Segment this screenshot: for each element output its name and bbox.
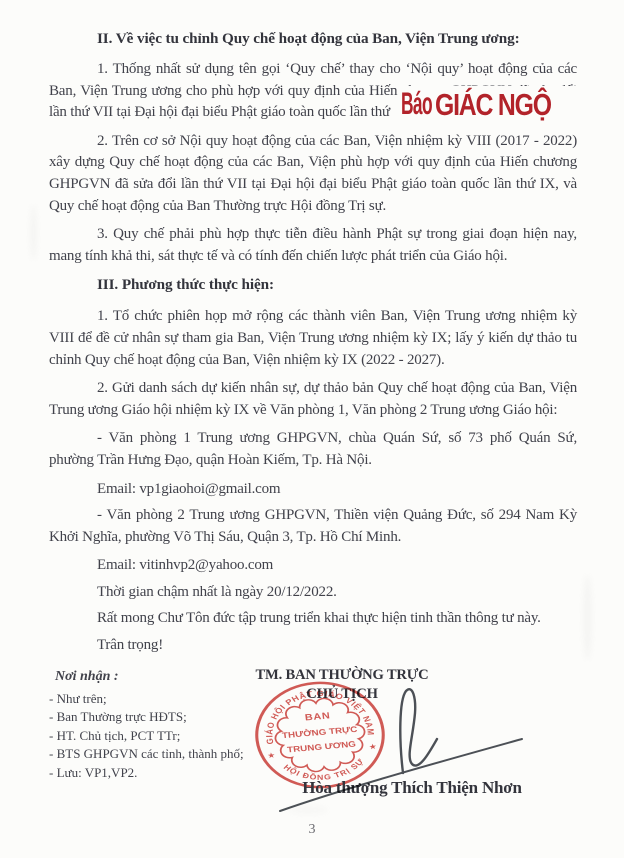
stamp-inner-line-3: TRUNG ƯƠNG [287, 739, 357, 754]
stamp-star-left: ★ [267, 751, 276, 760]
stamp-inner-line-2: THƯỜNG TRỰC [281, 724, 358, 740]
office-1-email: Email: vp1giaohoi@gmail.com [49, 479, 577, 501]
section-ii-paragraph-3: 3. Quy chế phải phù hợp thực tiễn điều h… [49, 224, 577, 267]
giac-ngo-newspaper-logo: Báo GIÁC NGỘ [401, 86, 617, 126]
official-red-stamp: GIÁO HỘI PHẬT GIÁO VIỆT NAM HỘI ĐỒNG TRỊ… [252, 679, 388, 791]
closing-line: Rất mong Chư Tôn đức tập trung triển kha… [49, 608, 577, 630]
page-number: 3 [0, 822, 624, 838]
scanned-document-page: II. Về việc tu chỉnh Quy chế hoạt động c… [0, 0, 624, 858]
section-ii-heading: II. Về việc tu chỉnh Quy chế hoạt động c… [49, 28, 577, 50]
section-iii-paragraph-1: 1. Tổ chức phiên họp mở rộng các thành v… [49, 306, 577, 371]
section-ii-paragraph-2: 2. Trên cơ sở Nội quy hoạt động của các … [49, 131, 577, 217]
section-iii-paragraph-2: 2. Gửi danh sách dự kiến nhân sự, dự thả… [49, 378, 577, 421]
office-1-address: - Văn phòng 1 Trung ương GHPGVN, chùa Qu… [49, 428, 577, 471]
signer-name: Hòa thượng Thích Thiện Nhơn [288, 778, 536, 798]
scan-smudge [583, 575, 592, 660]
section-iii-heading: III. Phương thức thực hiện: [49, 274, 577, 296]
scan-smudge [288, 805, 328, 815]
office-2-email: Email: vitinhvp2@yahoo.com [49, 555, 577, 577]
stamp-inner-line-1: BAN [304, 711, 331, 723]
scan-smudge [30, 205, 37, 260]
office-2-address: - Văn phòng 2 Trung ương GHPGVN, Thiền v… [49, 505, 577, 548]
regards-line: Trân trọng! [49, 635, 577, 657]
stamp-star-right: ★ [368, 742, 377, 751]
logo-title: GIÁC NGỘ [435, 87, 551, 123]
logo-prefix: Báo [401, 86, 432, 122]
deadline-line: Thời gian chậm nhất là ngày 20/12/2022. [49, 582, 577, 604]
